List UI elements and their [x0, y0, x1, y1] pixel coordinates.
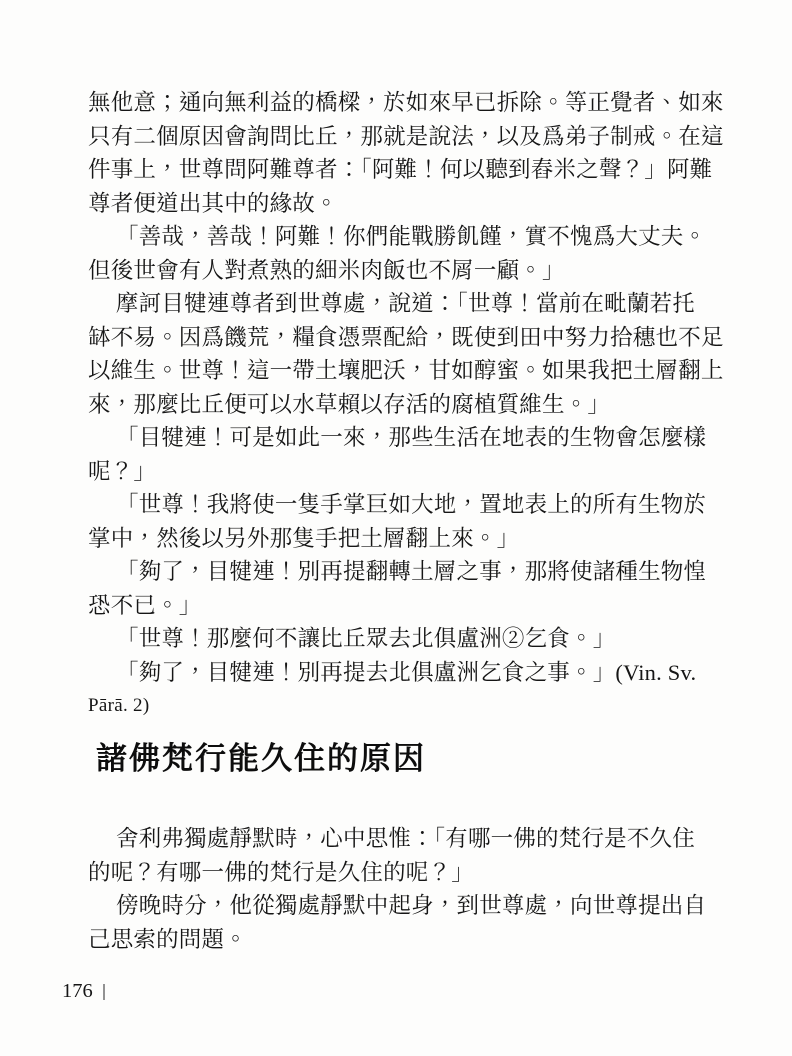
text-line: 「目犍連！可是如此一來，那些生活在地表的生物會怎麼樣	[88, 421, 728, 455]
book-page: 無他意；通向無利益的橋樑，於如來早已拆除。等正覺者、如來只有二個原因會詢問比丘，…	[0, 0, 792, 1056]
text-line: 只有二個原因會詢問比丘，那就是說法，以及爲弟子制戒。在這	[88, 120, 728, 154]
text-line: 呢？」	[88, 455, 728, 489]
text-line: 的呢？有哪一佛的梵行是久住的呢？」	[88, 856, 728, 890]
text-line: 以維生。世尊！這一帶土壤肥沃，甘如醇蜜。如果我把土層翻上	[88, 354, 728, 388]
text-line: 無他意；通向無利益的橋樑，於如來早已拆除。等正覺者、如來	[88, 86, 728, 120]
text-line: Pārā. 2)	[88, 689, 728, 723]
page-number: 176	[62, 980, 93, 1003]
text-line: 己思索的問題。	[88, 923, 728, 957]
text-line: 傍晚時分，他從獨處靜默中起身，到世尊處，向世尊提出自	[88, 889, 728, 923]
text-line: 「夠了，目犍連！別再提去北俱盧洲乞食之事。」(Vin. Sv.	[88, 656, 728, 690]
section-heading: 諸佛梵行能久住的原因	[96, 740, 426, 778]
text-line: 恐不已。」	[88, 589, 728, 623]
text-line: 「善哉，善哉！阿難！你們能戰勝飢饉，實不愧爲大丈夫。	[88, 220, 728, 254]
footer-divider	[103, 984, 105, 1000]
text-line: 「世尊！我將使一隻手掌巨如大地，置地表上的所有生物於	[88, 488, 728, 522]
text-line: 件事上，世尊問阿難尊者：「阿難！何以聽到舂米之聲？」阿難	[88, 153, 728, 187]
page-footer: 176	[62, 980, 105, 1003]
text-line: 舍利弗獨處靜默時，心中思惟：「有哪一佛的梵行是不久住	[88, 822, 728, 856]
text-line: 「世尊！那麼何不讓比丘眾去北俱盧洲②乞食。」	[88, 622, 728, 656]
body-text-block-2: 舍利弗獨處靜默時，心中思惟：「有哪一佛的梵行是不久住的呢？有哪一佛的梵行是久住的…	[88, 822, 728, 956]
text-line: 摩訶目犍連尊者到世尊處，說道：「世尊！當前在毗蘭若托	[88, 287, 728, 321]
text-line: 尊者便道出其中的緣故。	[88, 187, 728, 221]
text-line: 「夠了，目犍連！別再提翻轉土層之事，那將使諸種生物惶	[88, 555, 728, 589]
body-text-block-1: 無他意；通向無利益的橋樑，於如來早已拆除。等正覺者、如來只有二個原因會詢問比丘，…	[88, 86, 728, 723]
text-line: 缽不易。因爲饑荒，糧食憑票配給，既使到田中努力拾穗也不足	[88, 321, 728, 355]
text-line: 但後世會有人對煮熟的細米肉飯也不屑一顧。」	[88, 254, 728, 288]
text-line: 掌中，然後以另外那隻手把土層翻上來。」	[88, 522, 728, 556]
text-line: 來，那麼比丘便可以水草賴以存活的腐植質維生。」	[88, 388, 728, 422]
